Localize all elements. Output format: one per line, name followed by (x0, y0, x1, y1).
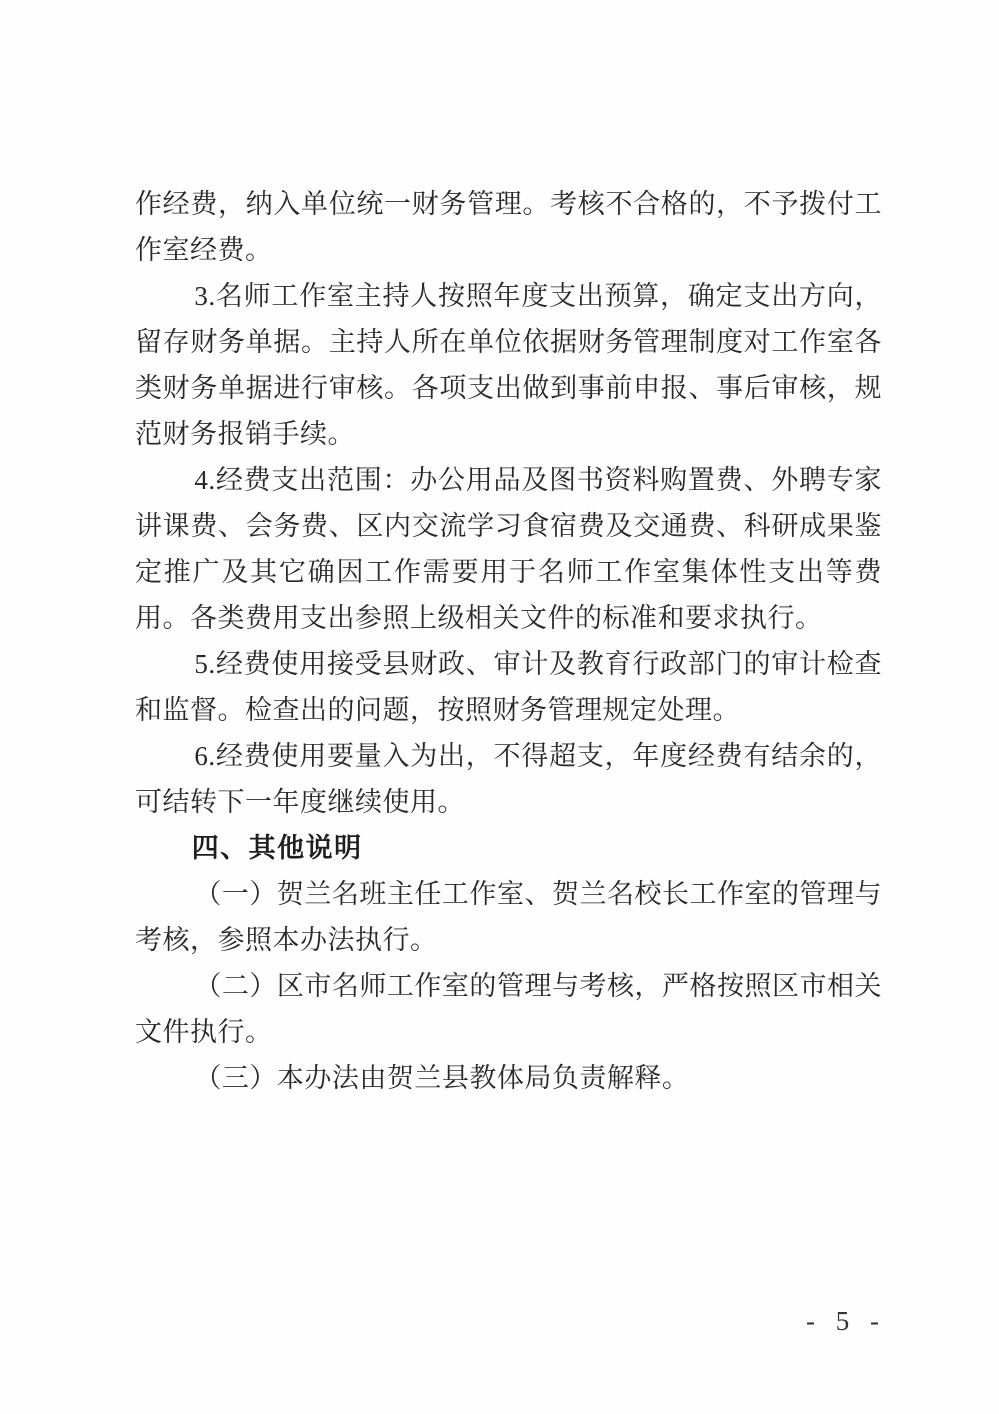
paragraph: 6.经费使用要量入为出，不得超支，年度经费有结余的，可结转下一年度继续使用。 (135, 733, 882, 825)
paragraph: 5.经费使用接受县财政、审计及教育行政部门的审计检查和监督。检查出的问题，按照财… (135, 641, 882, 733)
paragraph: 3.名师工作室主持人按照年度支出预算，确定支出方向，留存财务单据。主持人所在单位… (135, 273, 882, 457)
paragraph: 4.经费支出范围：办公用品及图书资料购置费、外聘专家讲课费、会务费、区内交流学习… (135, 457, 882, 641)
paragraph: 作经费，纳入单位统一财务管理。考核不合格的，不予拨付工作室经费。 (135, 181, 882, 273)
document-body: 作经费，纳入单位统一财务管理。考核不合格的，不予拨付工作室经费。3.名师工作室主… (135, 181, 882, 1101)
paragraph: （一）贺兰名班主任工作室、贺兰名校长工作室的管理与考核，参照本办法执行。 (135, 871, 882, 963)
paragraph: （三）本办法由贺兰县教体局负责解释。 (135, 1055, 882, 1101)
document-page: 作经费，纳入单位统一财务管理。考核不合格的，不予拨付工作室经费。3.名师工作室主… (0, 0, 999, 1414)
section-heading: 四、其他说明 (135, 825, 882, 871)
page-number: - 5 - (806, 1306, 886, 1337)
paragraph: （二）区市名师工作室的管理与考核，严格按照区市相关文件执行。 (135, 963, 882, 1055)
